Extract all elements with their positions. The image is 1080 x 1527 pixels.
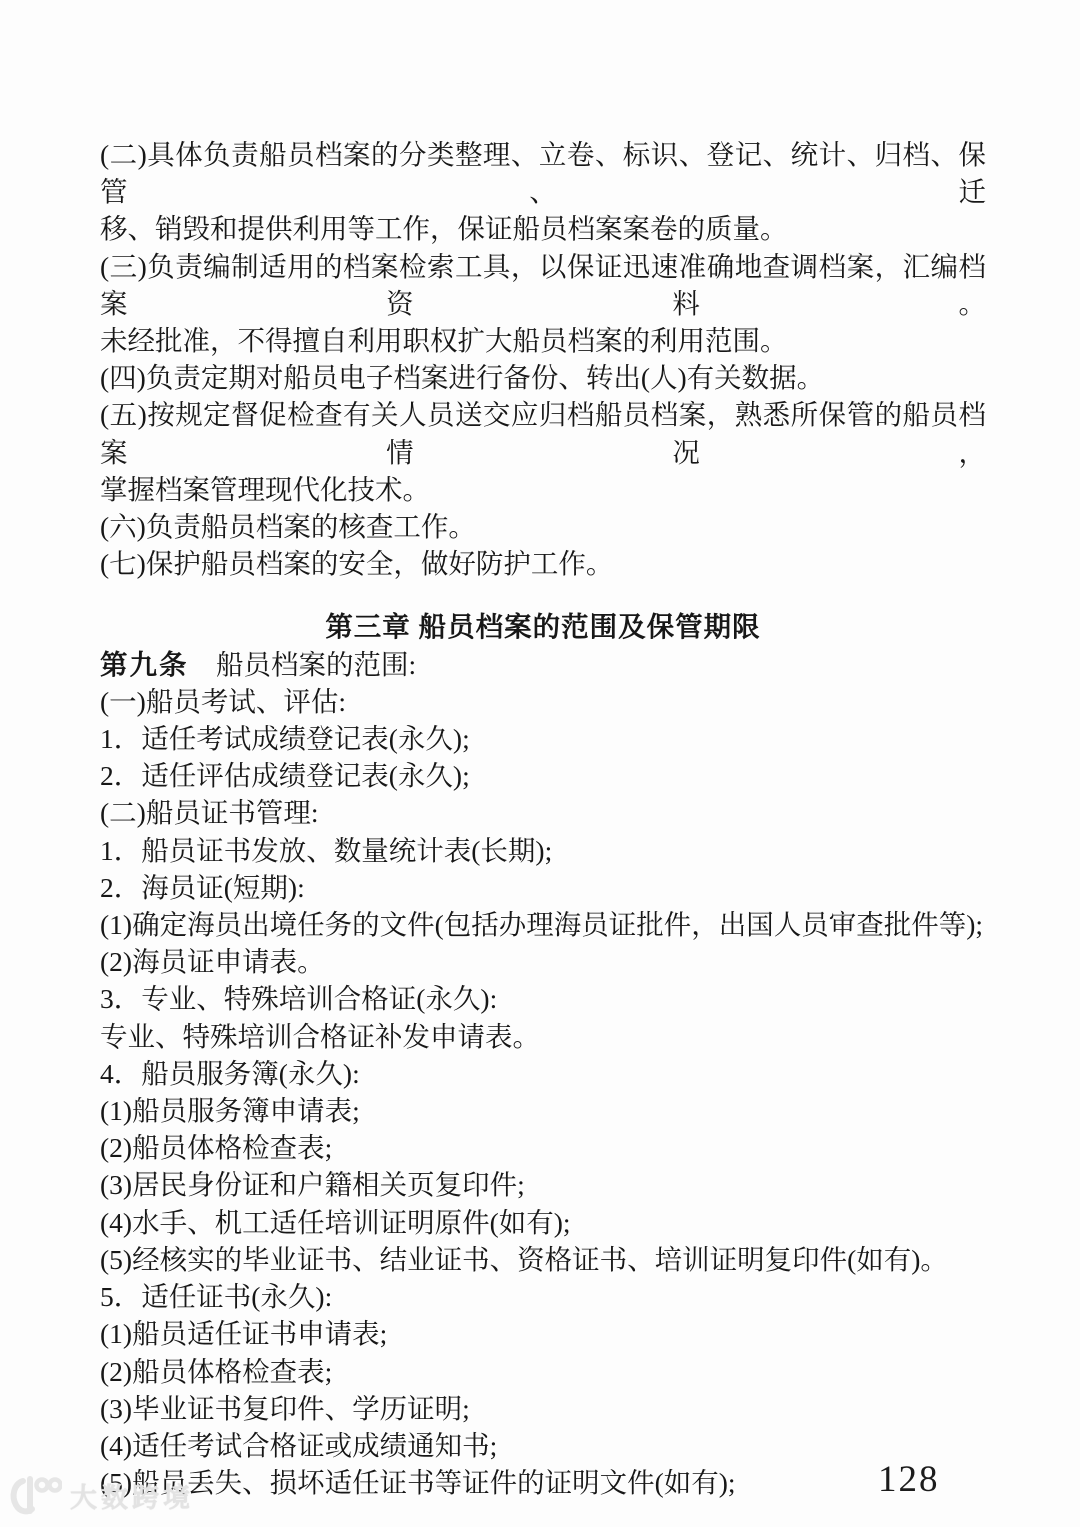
text-line: 5．适任证书(永久):: [100, 1278, 986, 1315]
text-line: 移、销毁和提供利用等工作，保证船员档案案卷的质量。: [100, 210, 986, 247]
text-line: (五)按规定督促检查有关人员送交应归档船员档案，熟悉所保管的船员档案情况，: [100, 396, 986, 470]
text-line: (三)负责编制适用的档案检索工具，以保证迅速准确地查调档案，汇编档案资料。: [100, 248, 986, 322]
text-line: 1．适任考试成绩登记表(永久);: [100, 720, 986, 757]
text-line: (4)水手、机工适任培训证明原件(如有);: [100, 1204, 986, 1241]
text-line: (七)保护船员档案的安全，做好防护工作。: [100, 545, 986, 582]
text-line: (4)适任考试合格证或成绩通知书;: [100, 1427, 986, 1464]
text-line: 2．适任评估成绩登记表(永久);: [100, 757, 986, 794]
text-line: (3)毕业证书复印件、学历证明;: [100, 1390, 986, 1427]
text-line: (1)确定海员出境任务的文件(包括办理海员证批件，出国人员审查批件等);: [100, 906, 986, 943]
scanned-document-page: (二)具体负责船员档案的分类整理、立卷、标识、登记、统计、归档、保管、迁移、销毁…: [0, 0, 1080, 1527]
dashu-kuajing-logo-icon: [8, 1474, 62, 1516]
text-line: (1)船员服务簿申请表;: [100, 1092, 986, 1129]
text-line: (二)具体负责船员档案的分类整理、立卷、标识、登记、统计、归档、保管、迁: [100, 136, 986, 210]
watermark-text: 大数跨境: [70, 1476, 194, 1515]
text-line: (5)经核实的毕业证书、结业证书、资格证书、培训证明复印件(如有)。: [100, 1241, 986, 1278]
text-line: (5)船员丢失、损坏适任证书等证件的证明文件(如有);: [100, 1464, 986, 1501]
text-line: 1．船员证书发放、数量统计表(长期);: [100, 832, 986, 869]
text-line: (2)船员体格检查表;: [100, 1129, 986, 1166]
text-line: 掌握档案管理现代化技术。: [100, 471, 986, 508]
article-heading: 第九条 船员档案的范围:: [100, 646, 986, 683]
text-line: 2．海员证(短期):: [100, 869, 986, 906]
text-line: (六)负责船员档案的核查工作。: [100, 508, 986, 545]
text-line: (一)船员考试、评估:: [100, 683, 986, 720]
watermark: 大数跨境: [8, 1474, 194, 1516]
text-line: (1)船员适任证书申请表;: [100, 1315, 986, 1352]
text-line: 3．专业、特殊培训合格证(永久):: [100, 980, 986, 1017]
text-line: 未经批准，不得擅自利用职权扩大船员档案的利用范围。: [100, 322, 986, 359]
text-line: (二)船员证书管理:: [100, 794, 986, 831]
chapter-heading: 第三章 船员档案的范围及保管期限: [100, 608, 986, 645]
text-line: (3)居民身份证和户籍相关页复印件;: [100, 1166, 986, 1203]
text-line: 专业、特殊培训合格证补发申请表。: [100, 1018, 986, 1055]
text-line: (2)船员体格检查表;: [100, 1353, 986, 1390]
text-line: (2)海员证申请表。: [100, 943, 986, 980]
page-number: 128: [878, 1458, 940, 1501]
text-line: 4．船员服务簿(永久):: [100, 1055, 986, 1092]
text-line: (四)负责定期对船员电子档案进行备份、转出(人)有关数据。: [100, 359, 986, 396]
document-lines: (二)具体负责船员档案的分类整理、立卷、标识、登记、统计、归档、保管、迁移、销毁…: [100, 136, 986, 1501]
